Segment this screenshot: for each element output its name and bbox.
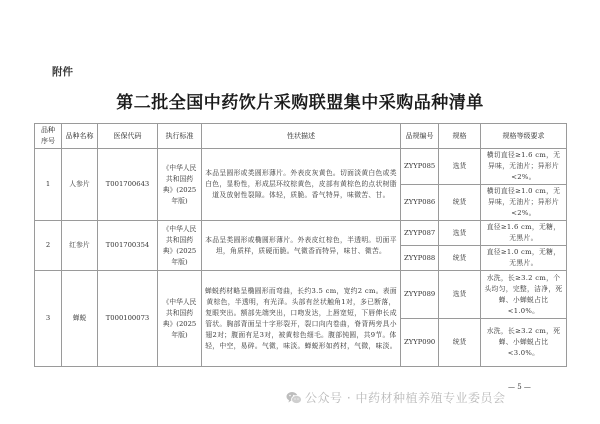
page-number: — 5 — — [508, 383, 531, 391]
cell-description: 本品呈圆形或类圆形薄片。外表皮灰黄色。切面淡黄白色或类白色，显粉性，形成层环纹棕… — [202, 149, 401, 221]
attachment-label: 附件 — [52, 64, 73, 79]
cell-name: 人参片 — [62, 149, 98, 221]
procurement-table: 品种序号 品种名称 医保代码 执行标准 性状描述 品规编号 规格 规格等级要求 … — [34, 123, 567, 367]
header-name: 品种名称 — [62, 124, 98, 149]
cell-grade: 选货 — [439, 271, 481, 319]
cell-standard: 《中华人民共和国药典》(2025年版) — [158, 149, 202, 221]
cell-seq: 1 — [35, 149, 62, 221]
header-description: 性状描述 — [202, 124, 401, 149]
header-insurance-code: 医保代码 — [98, 124, 158, 149]
cell-requirement: 横切直径≥1.0 cm，无异味，无油片；异形片<2%。 — [481, 185, 567, 221]
table-row: 1 人参片 T001700643 《中华人民共和国药典》(2025年版) 本品呈… — [35, 149, 567, 185]
watermark: 公众号 · 中药材种植养殖专业委员会 — [286, 389, 505, 406]
cell-requirement: 直径≥1.6 cm，无糖，无黑片。 — [481, 221, 567, 246]
cell-grade: 统货 — [439, 319, 481, 367]
table-header-row: 品种序号 品种名称 医保代码 执行标准 性状描述 品规编号 规格 规格等级要求 — [35, 124, 567, 149]
cell-requirement: 水洗，长≥3.2 cm，死蝉、小蝉蜕占比<3.0%。 — [481, 319, 567, 367]
cell-name: 红参片 — [62, 221, 98, 271]
header-grade: 规格 — [439, 124, 481, 149]
cell-grade: 统货 — [439, 246, 481, 271]
wechat-icon — [286, 391, 302, 405]
cell-standard: 《中华人民共和国药典》(2025年版) — [158, 271, 202, 367]
cell-requirement: 横切直径≥1.6 cm，无异味，无油片；异形片<2%。 — [481, 149, 567, 185]
cell-grade: 选货 — [439, 221, 481, 246]
watermark-text: 公众号 · 中药材种植养殖专业委员会 — [305, 389, 505, 406]
cell-insurance-code: T001700354 — [98, 221, 158, 271]
cell-spec-code: ZYYP090 — [401, 319, 439, 367]
cell-spec-code: ZYYP087 — [401, 221, 439, 246]
cell-seq: 2 — [35, 221, 62, 271]
cell-standard: 《中华人民共和国药典》(2025年版) — [158, 221, 202, 271]
cell-description: 蝉蜕药材略呈椭圆形而弯曲，长约3.5 cm，宽约2 cm。表面黄棕色，半透明，有… — [202, 271, 401, 367]
cell-requirement: 水洗，长≥3.2 cm，个头均匀，完整，洁净，死蝉、小蝉蜕占比<1.0%。 — [481, 271, 567, 319]
cell-grade: 选货 — [439, 149, 481, 185]
cell-spec-code: ZYYP089 — [401, 271, 439, 319]
cell-insurance-code: T000100073 — [98, 271, 158, 367]
header-requirement: 规格等级要求 — [481, 124, 567, 149]
table-row: 3 蝉蜕 T000100073 《中华人民共和国药典》(2025年版) 蝉蜕药材… — [35, 271, 567, 319]
header-spec-code: 品规编号 — [401, 124, 439, 149]
header-seq: 品种序号 — [35, 124, 62, 149]
cell-name: 蝉蜕 — [62, 271, 98, 367]
cell-spec-code: ZYYP088 — [401, 246, 439, 271]
table-row: 2 红参片 T001700354 《中华人民共和国药典》(2025年版) 本品呈… — [35, 221, 567, 246]
cell-insurance-code: T001700643 — [98, 149, 158, 221]
header-standard: 执行标准 — [158, 124, 202, 149]
cell-grade: 统货 — [439, 185, 481, 221]
cell-seq: 3 — [35, 271, 62, 367]
cell-spec-code: ZYYP086 — [401, 185, 439, 221]
document-title: 第二批全国中药饮片采购联盟集中采购品种清单 — [0, 88, 600, 113]
cell-description: 本品呈类圆形或椭圆形薄片。外表皮红棕色，半透明。切面平坦，角质样，质硬而脆。气微… — [202, 221, 401, 271]
cell-spec-code: ZYYP085 — [401, 149, 439, 185]
cell-requirement: 直径≥1.0 cm，无糖，无黑片。 — [481, 246, 567, 271]
